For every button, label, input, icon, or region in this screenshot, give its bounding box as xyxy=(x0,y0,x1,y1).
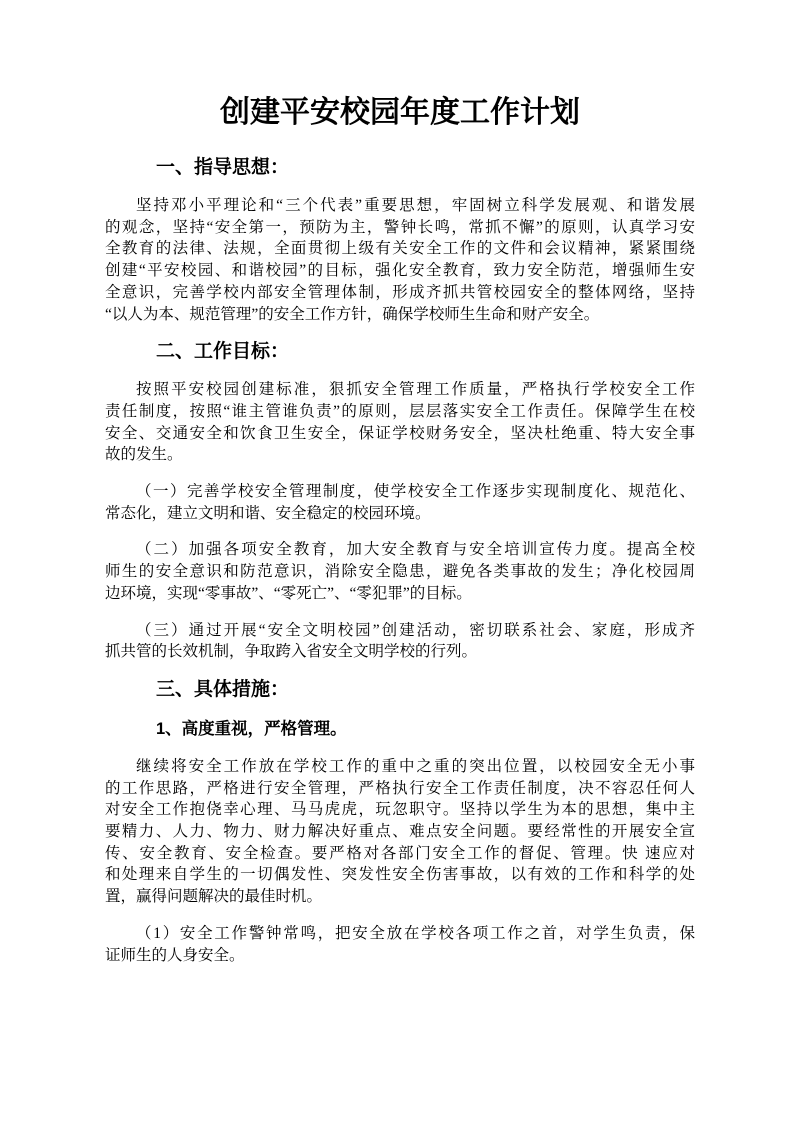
paragraph-line: 故的发生。 xyxy=(105,444,695,466)
paragraph-line: 责任制度，按照“谁主管谁负责”的原则，层层落实安全工作责任。保障学生在校 xyxy=(105,401,695,423)
paragraph-line: 的观念，坚持“安全第一，预防为主，警钟长鸣，常抓不懈”的原则，认真学习安 xyxy=(105,217,695,239)
paragraph-line: 边环境，实现“零事故”、“零死亡”、“零犯罪”的目标。 xyxy=(105,583,695,605)
paragraph-line: 常态化，建立文明和谐、安全稳定的校园环境。 xyxy=(105,503,695,525)
paragraph-line: 和处理来自学生的一切偶发性、突发性安全伤害事故，以有效的工作和科学的处 xyxy=(105,864,695,886)
document-body: 一、指导思想：坚持邓小平理论和“三个代表”重要思想，牢固树立科学发展观、和谐发展… xyxy=(105,156,695,966)
sub-heading: 1、高度重视，严格管理。 xyxy=(105,717,695,741)
paragraph-line: 置，赢得问题解决的最佳时机。 xyxy=(105,886,695,908)
section-heading: 一、指导思想： xyxy=(105,156,695,180)
section-heading: 二、工作目标： xyxy=(105,340,695,364)
document-page: 创建平安校园年度工作计划 一、指导思想：坚持邓小平理论和“三个代表”重要思想，牢… xyxy=(0,0,793,1122)
paragraph: （1）安全工作警钟常鸣，把安全放在学校各项工作之首，对学生负责，保证师生的人身安… xyxy=(105,923,695,966)
paragraph-line: （1）安全工作警钟常鸣，把安全放在学校各项工作之首，对学生负责，保 xyxy=(105,923,695,945)
paragraph: 按照平安校园创建标准，狠抓安全管理工作质量，严格执行学校安全工作责任制度，按照“… xyxy=(105,379,695,466)
paragraph-line: 传、安全教育、安全检查。要严格对各部门安全工作的督促、管理。快 速应对 xyxy=(105,843,695,865)
paragraph-line: “以人为本、规范管理”的安全工作方针，确保学校师生生命和财产安全。 xyxy=(105,304,695,326)
paragraph-line: （二）加强各项安全教育，加大安全教育与安全培训宣传力度。提高全校 xyxy=(105,539,695,561)
paragraph-line: 按照平安校园创建标准，狠抓安全管理工作质量，严格执行学校安全工作 xyxy=(105,379,695,401)
paragraph-line: 对安全工作抱侥幸心理、马马虎虎，玩忽职守。坚持以学生为本的思想，集中主 xyxy=(105,799,695,821)
paragraph-line: （三）通过开展“安全文明校园”创建活动，密切联系社会、家庭，形成齐 xyxy=(105,620,695,642)
paragraph-line: （一）完善学校安全管理制度，使学校安全工作逐步实现制度化、规范化、 xyxy=(105,481,695,503)
paragraph-line: 继续将安全工作放在学校工作的重中之重的突出位置，以校园安全无小事 xyxy=(105,756,695,778)
paragraph-line: 坚持邓小平理论和“三个代表”重要思想，牢固树立科学发展观、和谐发展 xyxy=(105,195,695,217)
paragraph-line: 证师生的人身安全。 xyxy=(105,945,695,967)
paragraph: （二）加强各项安全教育，加大安全教育与安全培训宣传力度。提高全校师生的安全意识和… xyxy=(105,539,695,604)
paragraph: 继续将安全工作放在学校工作的重中之重的突出位置，以校园安全无小事的工作思路，严格… xyxy=(105,756,695,908)
paragraph: （一）完善学校安全管理制度，使学校安全工作逐步实现制度化、规范化、常态化，建立文… xyxy=(105,481,695,524)
paragraph-line: 全教育的法律、法规，全面贯彻上级有关安全工作的文件和会议精神，紧紧围绕 xyxy=(105,238,695,260)
document-title: 创建平安校园年度工作计划 xyxy=(105,93,695,133)
section-heading: 三、具体措施： xyxy=(105,678,695,702)
paragraph-line: 要精力、人力、物力、财力解决好重点、难点安全问题。要经常性的开展安全宣 xyxy=(105,821,695,843)
paragraph-line: 创建“平安校园、和谐校园”的目标，强化安全教育，致力安全防范，增强师生安 xyxy=(105,260,695,282)
paragraph-line: 的工作思路，严格进行安全管理，严格执行安全工作责任制度，决不容忍任何人 xyxy=(105,778,695,800)
paragraph: 坚持邓小平理论和“三个代表”重要思想，牢固树立科学发展观、和谐发展的观念，坚持“… xyxy=(105,195,695,325)
paragraph-line: 抓共管的长效机制，争取跨入省安全文明学校的行列。 xyxy=(105,641,695,663)
paragraph-line: 全意识，完善学校内部安全管理体制，形成齐抓共管校园安全的整体网络，坚持 xyxy=(105,282,695,304)
paragraph: （三）通过开展“安全文明校园”创建活动，密切联系社会、家庭，形成齐抓共管的长效机… xyxy=(105,620,695,663)
paragraph-line: 师生的安全意识和防范意识，消除安全隐患，避免各类事故的发生；净化校园周 xyxy=(105,561,695,583)
paragraph-line: 安全、交通安全和饮食卫生安全，保证学校财务安全，坚决杜绝重、特大安全事 xyxy=(105,423,695,445)
